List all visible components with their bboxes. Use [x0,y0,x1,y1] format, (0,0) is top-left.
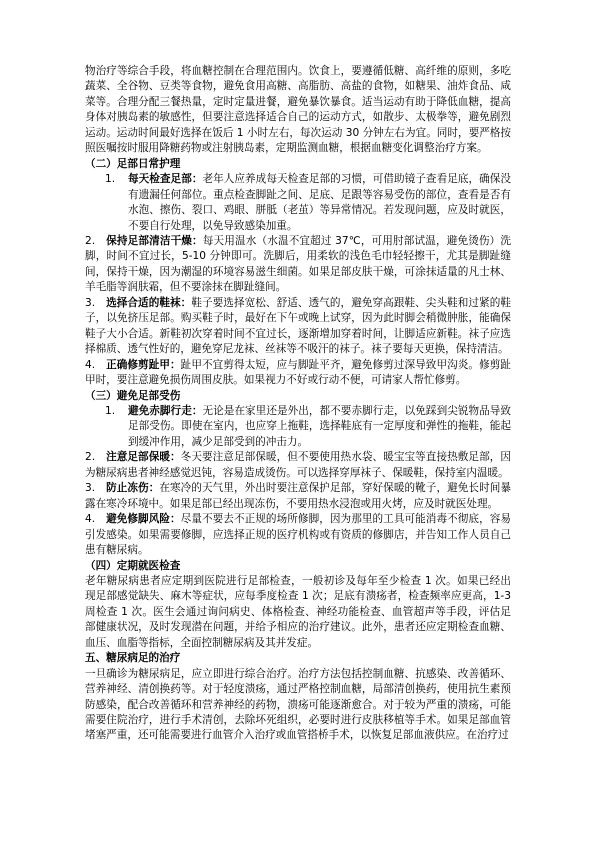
list-item: 3.防止冻伤：在寒冷的天气里，外出时要注意保护足部，穿好保暖的靴子，避免长时间暴… [85,481,511,512]
list-item-number: 3. [85,296,106,311]
list-item: 1.每天检查足部：老年人应养成每天检查足部的习惯，可借助镜子查看足底，确保没有遗… [85,172,511,234]
list-item-title: 保持足部清洁干燥： [106,235,203,247]
section-paragraph-regular-checkup: 老年糖尿病患者应定期到医院进行足部检查，一般初诊及每年至少检查 1 次。如果已经… [85,574,511,651]
list-item-title: 防止冻伤： [106,482,159,494]
list-item: 4.避免修脚风险：尽量不要去不正规的场所修脚，因为那里的工具可能消毒不彻底，容易… [85,512,511,558]
list-item-title: 正确修剪趾甲： [106,359,181,371]
section-heading-foot-daily-care: （二）足部日常护理 [85,157,511,172]
list-item-title: 避免修脚风险： [106,513,181,525]
section-paragraph-treatment: 一旦确诊为糖尿病足，应立即进行综合治疗。治疗方法包括控制血糖、抗感染、改善循环、… [85,667,511,744]
list-item-title: 注意足部保暖： [106,451,181,463]
list-item: 4.正确修剪趾甲：趾甲不宜剪得太短，应与脚趾平齐，避免修剪过深导致甲沟炎。修剪趾… [85,358,511,389]
list-item-number: 4. [85,358,106,373]
list-item-number: 1. [105,404,115,419]
list-item-number: 4. [85,512,106,527]
list-item: 3.选择合适的鞋袜：鞋子要选择宽松、舒适、透气的，避免穿高跟鞋、尖头鞋和过紧的鞋… [85,296,511,358]
list-item: 2.注意足部保暖：冬天要注意足部保暖，但不要使用热水袋、暖宝宝等直接热敷足部，因… [85,450,511,481]
section-heading-avoid-foot-injury: （三）避免足部受伤 [85,389,511,404]
list-item: 1.避免赤脚行走：无论是在家里还是外出，都不要赤脚行走，以免踩到尖锐物品导致足部… [85,404,511,450]
list-item-title: 避免赤脚行走： [128,405,202,417]
list-item-number: 1. [105,172,115,187]
intro-paragraph: 物治疗等综合手段，将血糖控制在合理范围内。饮食上，要遵循低糖、高纤维的原则，多吃… [85,64,511,157]
list-item-number: 2. [85,450,106,465]
section-heading-regular-checkup: （四）定期就医检查 [85,559,511,574]
list-item-number: 2. [85,234,106,249]
list-item: 2.保持足部清洁干燥：每天用温水（水温不宜超过 37℃，可用肘部试温，避免烫伤）… [85,234,511,296]
list-item-title: 每天检查足部： [128,173,202,185]
list-item-number: 3. [85,481,106,496]
list-item-title: 选择合适的鞋袜： [106,297,191,309]
section-heading-treatment: 五、糖尿病足的治疗 [85,651,511,666]
document-page: 物治疗等综合手段，将血糖控制在合理范围内。饮食上，要遵循低糖、高纤维的原则，多吃… [0,0,595,841]
